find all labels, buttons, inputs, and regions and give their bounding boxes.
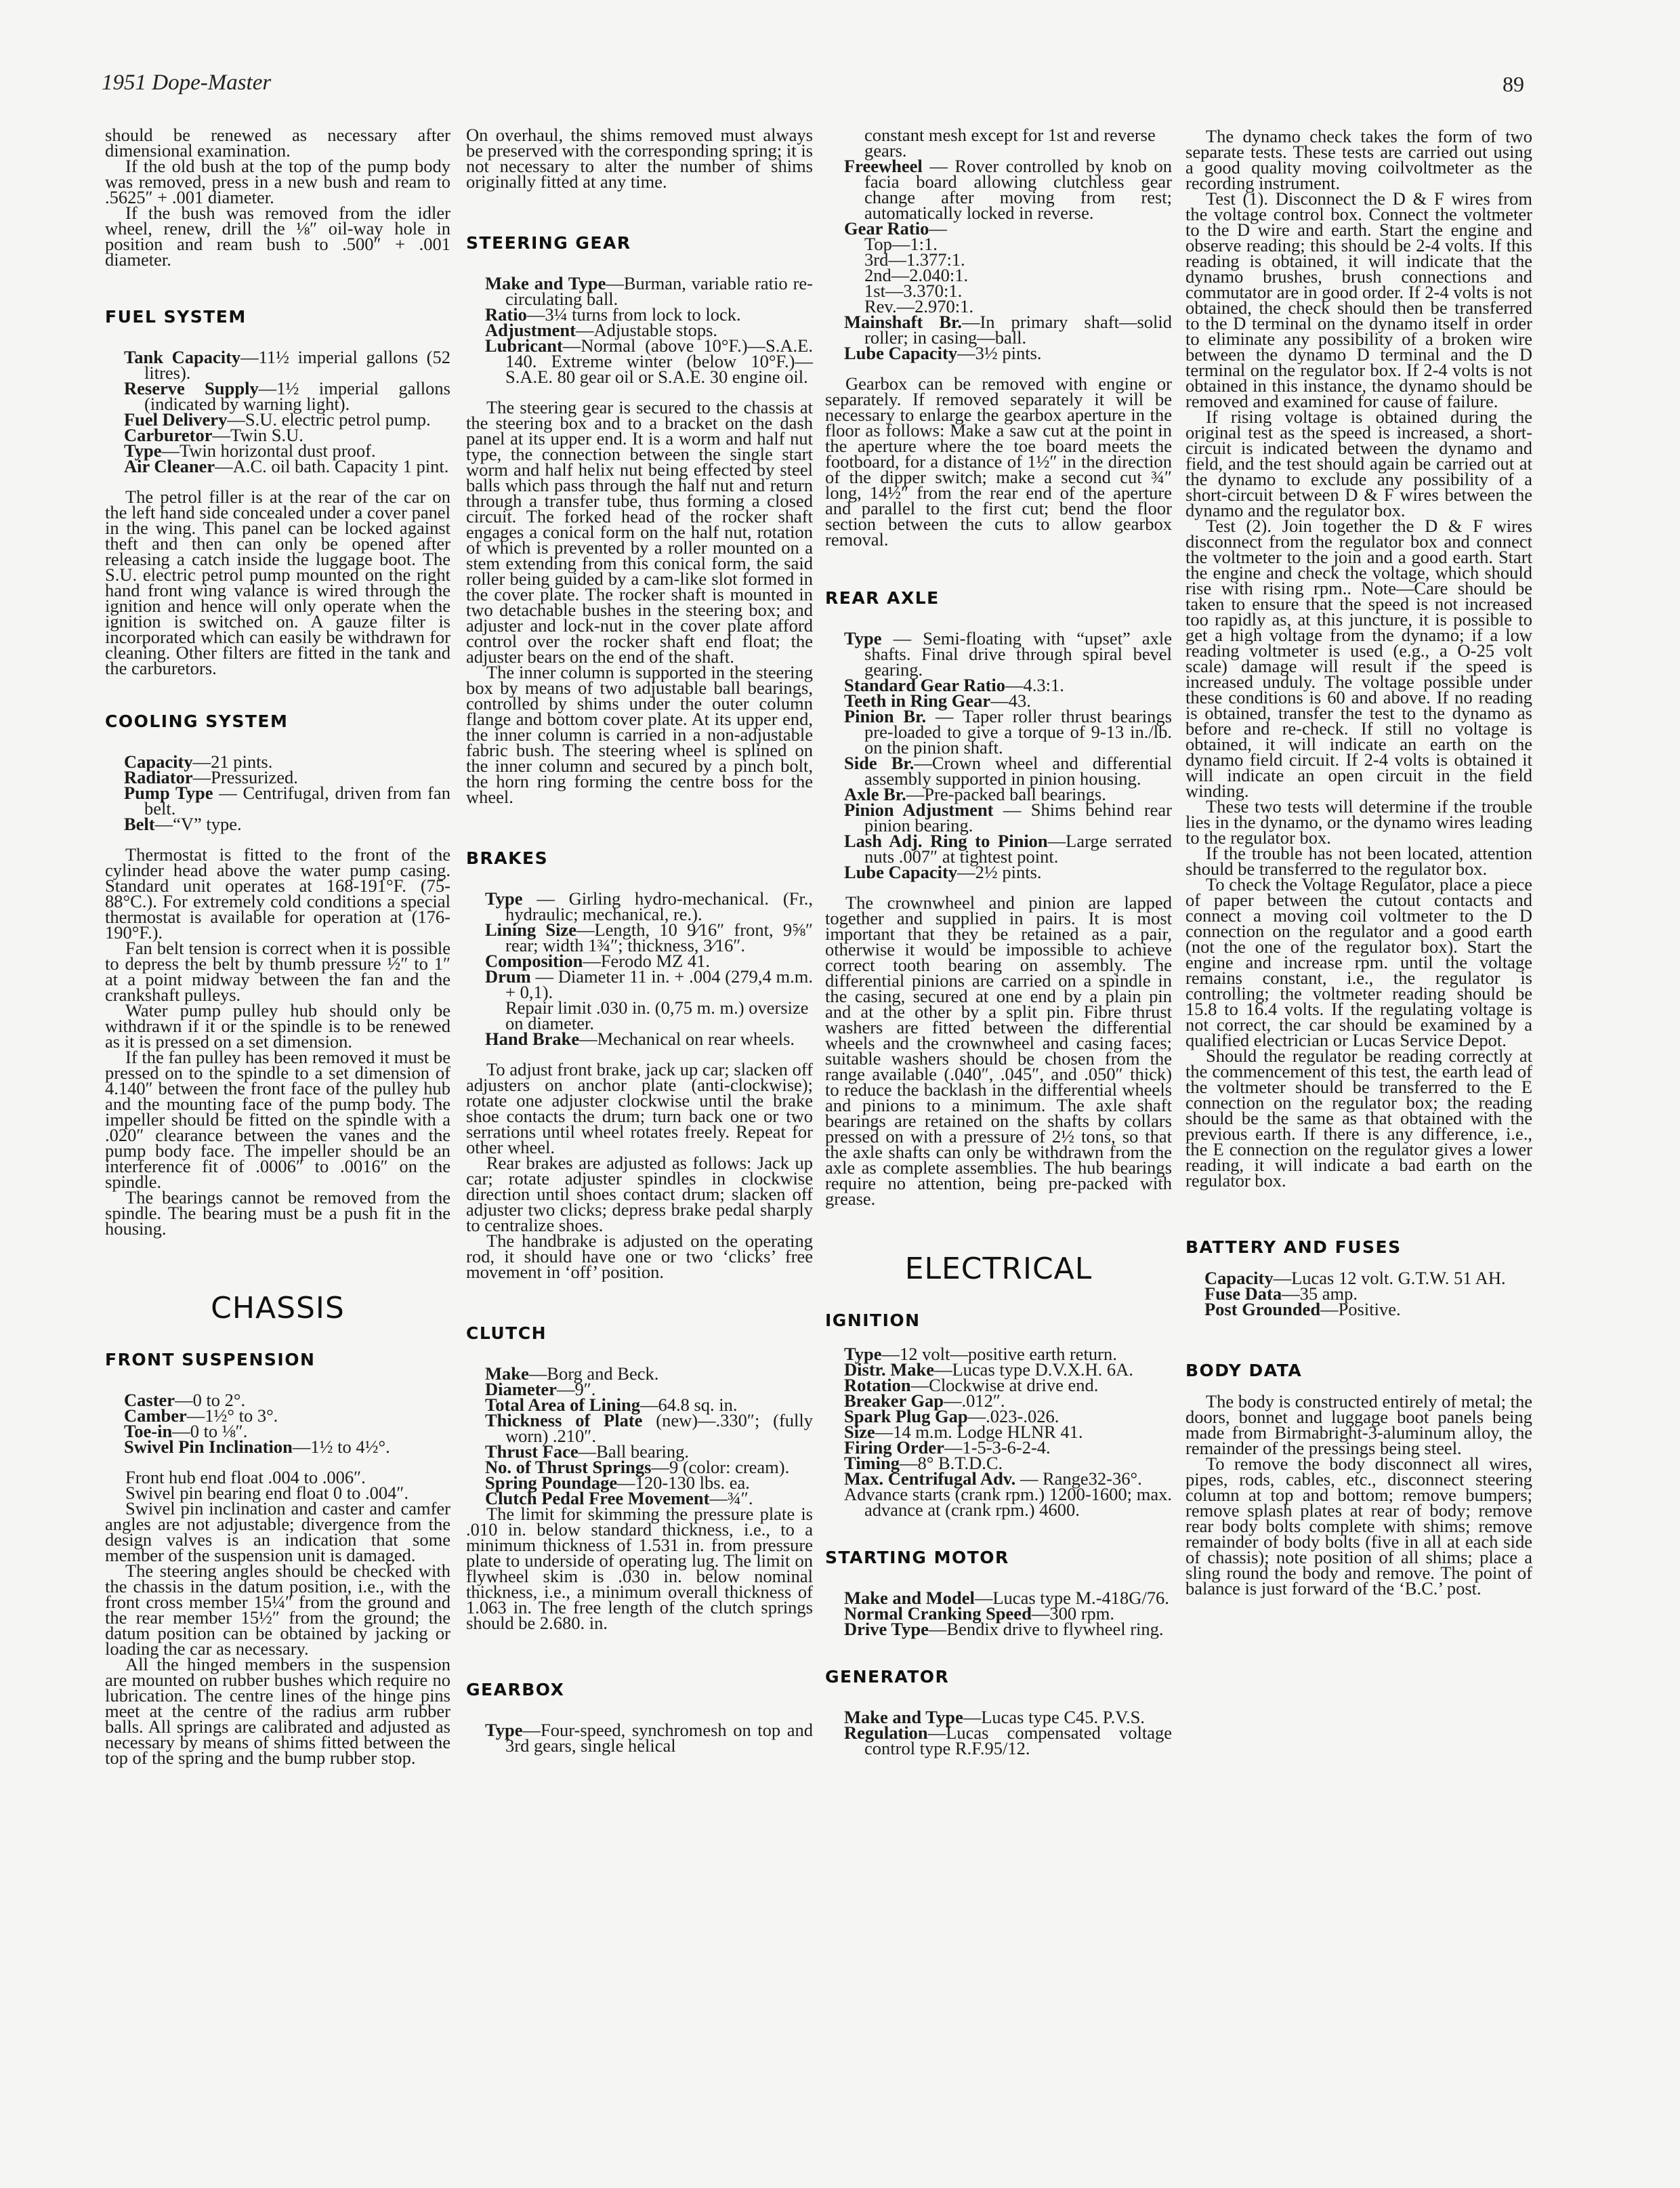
column-1: should be renewed as necessary after dim…	[105, 127, 450, 1766]
paragraph: Rear brakes are adjusted as follows: Jac…	[466, 1155, 813, 1233]
section-heading-ignition: IGNITION	[825, 1310, 1172, 1330]
paragraph: Water pump pulley hub should only be wit…	[105, 1003, 450, 1050]
spec-item: Advance starts (crank rpm.) 1200-1600; m…	[825, 1487, 1172, 1518]
section-heading-generator: GENERATOR	[825, 1667, 1172, 1687]
paragraph: To check the Voltage Regulator, place a …	[1185, 877, 1532, 1048]
spec-item: Lube Capacity—2½ pints.	[825, 865, 1172, 880]
spec-item: Mainshaft Br.—In primary shaft—solid rol…	[825, 314, 1172, 346]
spec-item: Air Cleaner—A.C. oil bath. Capacity 1 pi…	[105, 459, 450, 474]
spec-item: Drum — Diameter 11 in. + .004 (279,4 m.m…	[466, 969, 813, 1000]
spec-item: Lube Capacity—3½ pints.	[825, 346, 1172, 361]
spec-item: Lash Adj. Ring to Pinion—Large serrated …	[825, 833, 1172, 865]
paragraph: The steering gear is secured to the chas…	[466, 400, 813, 665]
spec-item: Lubricant—Normal (above 10°F.)—S.A.E. 14…	[466, 338, 813, 385]
spec-item: Swivel Pin Inclination—1½ to 4½°.	[105, 1439, 450, 1455]
spec-item: Type — Girling hydro-mechanical. (Fr., h…	[466, 891, 813, 922]
paragraph: The dynamo check takes the form of two s…	[1185, 129, 1532, 191]
spec-item: Lining Size—Length, 10 9⁄16″ front, 9⅝″ …	[466, 922, 813, 953]
spec-item: Pinion Adjustment — Shims behind rear pi…	[825, 802, 1172, 833]
spec-item: Freewheel — Rover controlled by knob on …	[825, 159, 1172, 221]
paragraph: The bearings cannot be removed from the …	[105, 1190, 450, 1237]
paragraph: If the old bush at the top of the pump b…	[105, 159, 450, 205]
paragraph: On overhaul, the shims removed must alwa…	[466, 127, 813, 190]
paragraph: If the bush was removed from the idler w…	[105, 205, 450, 268]
section-heading-fuel-system: FUEL SYSTEM	[105, 307, 450, 327]
section-heading-rear-axle: REAR AXLE	[825, 588, 1172, 608]
section-heading-clutch: CLUTCH	[466, 1323, 813, 1343]
paragraph: If rising voltage is obtained during the…	[1185, 409, 1532, 518]
spec-item: Tank Capacity—11½ imperial gallons (52 l…	[105, 350, 450, 381]
paragraph: The handbrake is adjusted on the operati…	[466, 1233, 813, 1280]
section-heading-cooling-system: COOLING SYSTEM	[105, 711, 450, 731]
spec-item: Pump Type — Centrifugal, driven from fan…	[105, 785, 450, 817]
paragraph: Test (2). Join together the D & F wires …	[1185, 518, 1532, 799]
paragraph: To remove the body disconnect all wires,…	[1185, 1456, 1532, 1596]
paragraph: The steering angles should be checked wi…	[105, 1563, 450, 1657]
column-3: constant mesh except for 1st and reverse…	[825, 127, 1172, 1756]
manual-page: 1951 Dope-Master 89 should be renewed as…	[0, 0, 1680, 2188]
section-heading-gearbox: GEARBOX	[466, 1680, 813, 1699]
paragraph: The crownwheel and pinion are lapped tog…	[825, 895, 1172, 1207]
spec-item: Hand Brake—Mechanical on rear wheels.	[466, 1031, 813, 1047]
spec-item: Reserve Supply—1½ imperial gallons (indi…	[105, 381, 450, 412]
spec-item: Repair limit .030 in. (0,75 m. m.) overs…	[466, 1000, 813, 1031]
paragraph: Thermostat is fitted to the front of the…	[105, 847, 450, 941]
paragraph: Gearbox can be removed with engine or se…	[825, 376, 1172, 548]
spec-item: Belt—“V” type.	[105, 817, 450, 832]
paragraph: should be renewed as necessary after dim…	[105, 127, 450, 159]
spec-item: Side Br.—Crown wheel and differential as…	[825, 756, 1172, 787]
part-heading-electrical: ELECTRICAL	[825, 1252, 1172, 1286]
paragraph: If the fan pulley has been removed it mu…	[105, 1050, 450, 1190]
paragraph: Swivel pin inclination and caster and ca…	[105, 1501, 450, 1563]
paragraph: Fan belt tension is correct when it is p…	[105, 941, 450, 1003]
section-heading-steering-gear: STEERING GEAR	[466, 233, 813, 253]
page-number: 89	[1503, 72, 1524, 97]
spec-item: Post Grounded—Positive.	[1185, 1302, 1532, 1317]
spec-item: Pinion Br. — Taper roller thrust bearing…	[825, 709, 1172, 756]
paragraph: The limit for skimming the pressure plat…	[466, 1506, 813, 1631]
section-heading-starting-motor: STARTING MOTOR	[825, 1548, 1172, 1567]
paragraph: All the hinged members in the suspension…	[105, 1657, 450, 1766]
section-heading-brakes: BRAKES	[466, 848, 813, 868]
section-heading-body-data: BODY DATA	[1185, 1361, 1532, 1380]
section-heading-front-suspension: FRONT SUSPENSION	[105, 1350, 450, 1369]
paragraph: If the trouble has not been located, att…	[1185, 846, 1532, 877]
spec-item: Regulation—Lucas compensated voltage con…	[825, 1725, 1172, 1756]
section-heading-battery-and-fuses: BATTERY AND FUSES	[1185, 1237, 1532, 1257]
paragraph: Should the regulator be reading correctl…	[1185, 1048, 1532, 1189]
column-2: On overhaul, the shims removed must alwa…	[466, 127, 813, 1754]
spec-item: Thickness of Plate (new)—.330″; (fully w…	[466, 1413, 813, 1444]
paragraph: Test (1). Disconnect the D & F wires fro…	[1185, 191, 1532, 409]
paragraph: The petrol filler is at the rear of the …	[105, 489, 450, 676]
column-4: The dynamo check takes the form of two s…	[1185, 129, 1532, 1596]
paragraph: The inner column is supported in the ste…	[466, 665, 813, 805]
spec-item: Make and Type—Burman, variable ratio re-…	[466, 276, 813, 307]
spec-item: Type—Four-speed, synchromesh on top and …	[466, 1722, 813, 1754]
spec-item: Type — Semi-floating with “upset” axle s…	[825, 631, 1172, 678]
spec-item-continued: constant mesh except for 1st and reverse…	[825, 127, 1172, 159]
paragraph: These two tests will determine if the tr…	[1185, 799, 1532, 846]
paragraph: The body is constructed entirely of meta…	[1185, 1394, 1532, 1456]
spec-item: Drive Type—Bendix drive to flywheel ring…	[825, 1622, 1172, 1637]
running-head: 1951 Dope-Master	[102, 70, 271, 96]
paragraph: To adjust front brake, jack up car; slac…	[466, 1062, 813, 1155]
part-heading-chassis: CHASSIS	[105, 1291, 450, 1325]
